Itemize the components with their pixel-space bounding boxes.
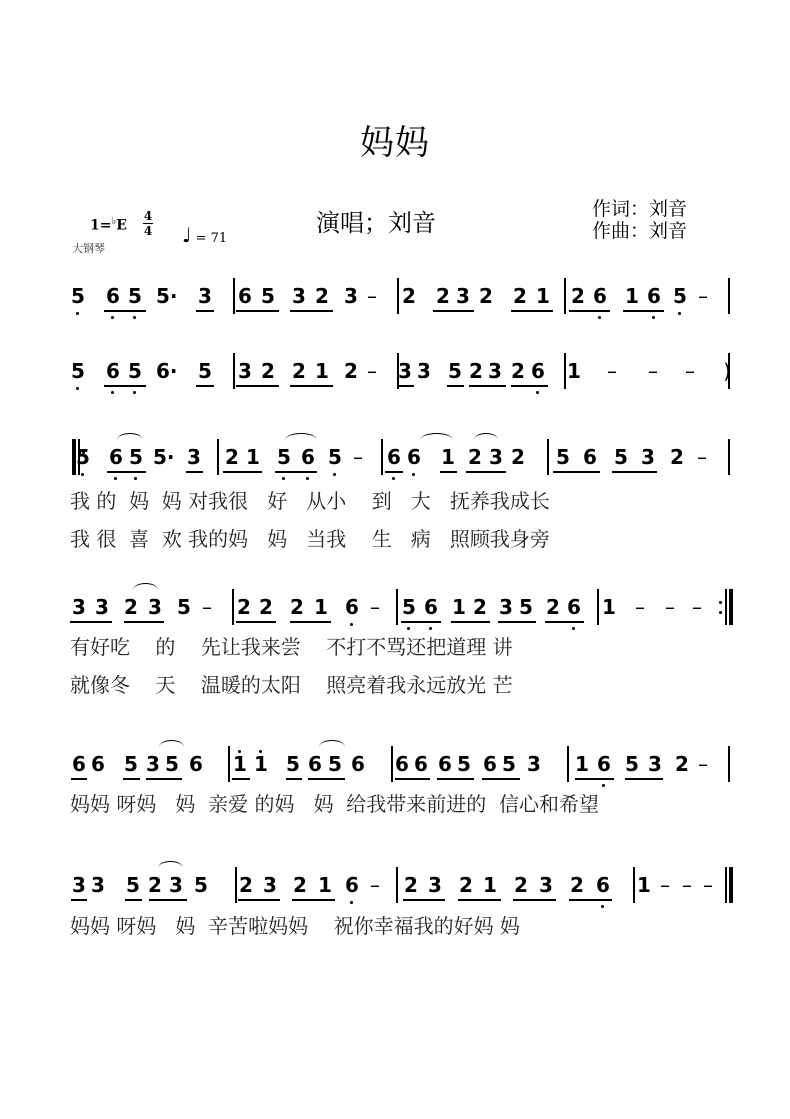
note: 5 — [456, 752, 472, 776]
beam-underline — [498, 621, 536, 623]
note: 5 — [672, 284, 688, 308]
note: 5· — [156, 284, 172, 308]
low-octave-dot — [81, 473, 84, 476]
beam-underline — [469, 385, 506, 387]
beam-underline — [186, 471, 203, 473]
note: 2 — [674, 752, 690, 776]
barline — [396, 589, 398, 625]
low-octave-dot — [76, 387, 79, 390]
beam-underline — [623, 310, 664, 312]
key-note: E — [116, 218, 127, 234]
key-signature: 1=♭E — [90, 216, 127, 234]
low-octave-dot — [76, 312, 79, 315]
slur-tie — [133, 583, 158, 590]
beam-underline — [569, 310, 610, 312]
note: 5 — [555, 445, 571, 469]
repeat-end-thin-bar — [725, 589, 727, 625]
beam-underline — [395, 778, 430, 780]
beam-underline — [107, 471, 146, 473]
beam-underline — [104, 310, 146, 312]
note: 5 — [70, 359, 86, 383]
note: 6 — [437, 752, 453, 776]
note: 1 — [451, 595, 467, 619]
beam-underline — [124, 621, 164, 623]
slur-tie — [319, 740, 345, 747]
note: 6 — [530, 359, 546, 383]
lyric-line: 我 很 喜 欢 我的妈 妈 当我 生 病 照顾我身旁 — [70, 523, 550, 552]
note: 2 — [289, 595, 305, 619]
beam-underline — [146, 778, 182, 780]
dash-symbol: – — [367, 873, 383, 897]
note: 2 — [292, 873, 308, 897]
barline — [567, 746, 569, 782]
note: 6· — [156, 359, 172, 383]
dash-symbol: – — [657, 873, 673, 897]
low-octave-dot — [598, 316, 601, 319]
slur-tie — [158, 861, 183, 868]
note: 3 — [498, 595, 514, 619]
beam-underline — [290, 310, 333, 312]
final-thick-bar — [729, 867, 733, 903]
note: 5 — [127, 359, 143, 383]
note: 2 — [147, 873, 163, 897]
note: 3 — [343, 284, 359, 308]
beam-underline — [458, 899, 501, 901]
dash-symbol: – — [689, 595, 705, 619]
beam-underline — [612, 471, 657, 473]
note: 3 — [538, 873, 554, 897]
dash-symbol: – — [367, 595, 383, 619]
dash-symbol: – — [350, 445, 366, 469]
note: 2 — [458, 873, 474, 897]
note: 6 — [595, 873, 611, 897]
beam-underline — [437, 778, 474, 780]
note: 1 — [535, 284, 551, 308]
repeat-end-thick-bar — [729, 589, 733, 625]
note: 5 — [285, 752, 301, 776]
note: 2 — [468, 359, 484, 383]
beam-underline — [71, 899, 87, 901]
lyric-line: 有好吃 的 先让我来尝 不打不骂还把道理 讲 — [70, 631, 513, 660]
low-octave-dot — [282, 477, 285, 480]
note: 3 — [94, 595, 110, 619]
note: 2 — [513, 873, 529, 897]
note: 5· — [153, 445, 169, 469]
beam-underline — [433, 310, 474, 312]
barline — [547, 439, 549, 475]
note: 6 — [105, 359, 121, 383]
note: 3 — [397, 359, 413, 383]
lyric-line: 妈妈 呀妈 妈 亲爱 的妈 妈 给我带来前进的 信心和希望 — [70, 788, 599, 817]
low-octave-dot — [572, 627, 575, 630]
dash-symbol: – — [695, 284, 711, 308]
note: 1 — [232, 752, 248, 776]
note: 2 — [570, 284, 586, 308]
beam-underline — [123, 778, 140, 780]
high-octave-dot — [238, 750, 241, 753]
note: 3 — [427, 873, 443, 897]
note: 3 — [291, 284, 307, 308]
beam-underline — [569, 899, 612, 901]
note: 2 — [510, 359, 526, 383]
dash-symbol: – — [662, 595, 678, 619]
note: 1 — [440, 445, 456, 469]
note: 6 — [566, 595, 582, 619]
note: 1 — [313, 595, 329, 619]
barline — [396, 867, 398, 903]
note: 2 — [291, 359, 307, 383]
note: 6 — [646, 284, 662, 308]
note: 2 — [512, 284, 528, 308]
note: 6 — [237, 284, 253, 308]
note: 5 — [401, 595, 417, 619]
barline — [597, 589, 599, 625]
beam-underline — [236, 621, 276, 623]
note: 3 — [147, 595, 163, 619]
barline — [564, 278, 566, 314]
note: 6 — [596, 752, 612, 776]
note: 6 — [582, 445, 598, 469]
note: 5 — [127, 284, 143, 308]
beam-underline — [232, 778, 250, 780]
note: 6 — [188, 752, 204, 776]
note: 3 — [237, 359, 253, 383]
beam-underline — [447, 385, 464, 387]
note: 6 — [307, 752, 323, 776]
low-octave-dot — [601, 905, 604, 908]
final-thin-bar — [725, 867, 727, 903]
note: 6 — [394, 752, 410, 776]
note: 2 — [401, 284, 417, 308]
composer-credit: 作曲：刘音 — [592, 220, 687, 242]
note: 6 — [71, 752, 87, 776]
note: 6 — [105, 284, 121, 308]
note: 2 — [472, 595, 488, 619]
quarter-note-icon: ♩ — [182, 223, 191, 247]
dash-symbol: – — [364, 284, 380, 308]
note: 5 — [327, 752, 343, 776]
note: 3 — [455, 284, 471, 308]
note: 5 — [624, 752, 640, 776]
dash-symbol: – — [364, 359, 380, 383]
dash-symbol: – — [199, 595, 215, 619]
beam-underline — [238, 899, 280, 901]
note: 5 — [176, 595, 192, 619]
beam-underline — [196, 385, 214, 387]
time-top: 4 — [144, 209, 152, 223]
note: 6 — [344, 595, 360, 619]
beam-underline — [511, 385, 548, 387]
lyric-line: 妈妈 呀妈 妈 辛苦啦妈妈 祝你幸福我的好妈 妈 — [70, 910, 520, 939]
low-octave-dot — [306, 477, 309, 480]
dash-symbol: – — [632, 595, 648, 619]
note: 5 — [613, 445, 629, 469]
low-octave-dot — [678, 312, 681, 315]
beam-underline — [511, 310, 553, 312]
note: 1 — [624, 284, 640, 308]
note: 1 — [566, 359, 582, 383]
dash-symbol: – — [604, 359, 620, 383]
note: 5 — [260, 284, 276, 308]
barline — [381, 439, 383, 475]
note: 2 — [238, 873, 254, 897]
note: 5 — [164, 752, 180, 776]
barline — [728, 278, 730, 314]
low-octave-dot — [429, 627, 432, 630]
repeat-dot — [719, 611, 722, 614]
note: 5 — [276, 445, 292, 469]
note: 5 — [128, 445, 144, 469]
beam-underline — [70, 621, 112, 623]
beam-underline — [196, 310, 214, 312]
tempo-value: = 71 — [196, 231, 228, 246]
staff-line-2: 5656·532212–33523261–––) — [0, 359, 790, 409]
dash-symbol: – — [694, 445, 710, 469]
lyric-line: 我 的 妈 妈 对我很 好 从小 到 大 抚养我成长 — [70, 485, 550, 514]
dash-symbol: – — [679, 873, 695, 897]
low-octave-dot — [111, 316, 114, 319]
beam-underline — [290, 621, 331, 623]
low-octave-dot — [652, 316, 655, 319]
note: 1 — [482, 873, 498, 897]
barline — [397, 353, 399, 389]
staff-line-1: 5655·365323–22322126165– — [0, 284, 790, 334]
note: 2 — [403, 873, 419, 897]
note: 1 — [317, 873, 333, 897]
low-octave-dot — [602, 784, 605, 787]
note: 1 — [253, 752, 269, 776]
beam-underline — [236, 385, 279, 387]
beam-underline — [397, 385, 414, 387]
barline — [228, 746, 230, 782]
barline — [233, 353, 235, 389]
note: 2 — [545, 595, 561, 619]
note: 3 — [526, 752, 542, 776]
note: 6 — [592, 284, 608, 308]
repeat-dot — [82, 451, 85, 454]
beam-underline — [71, 778, 87, 780]
note: 5 — [193, 873, 209, 897]
low-octave-dot — [114, 477, 117, 480]
note: 3 — [487, 359, 503, 383]
note: 5 — [518, 595, 534, 619]
beam-underline — [290, 385, 333, 387]
dash-symbol: – — [682, 359, 698, 383]
tempo-marking: ♩ = 71 — [182, 223, 227, 247]
note: 6 — [482, 752, 498, 776]
barline — [397, 278, 399, 314]
barline — [391, 746, 393, 782]
beam-underline — [149, 899, 187, 901]
note: 3 — [145, 752, 161, 776]
note: 3 — [90, 873, 106, 897]
note: 3 — [640, 445, 656, 469]
note: 2 — [224, 445, 240, 469]
note: 6 — [386, 445, 402, 469]
beam-underline — [308, 778, 345, 780]
note: 1 — [601, 595, 617, 619]
barline — [564, 353, 566, 389]
beam-underline — [513, 899, 556, 901]
low-octave-dot — [134, 477, 137, 480]
note: 5 — [125, 873, 141, 897]
low-octave-dot — [133, 391, 136, 394]
beam-underline — [236, 310, 279, 312]
note: 5 — [197, 359, 213, 383]
dash-symbol: ) — [719, 359, 735, 383]
note: 5 — [327, 445, 343, 469]
singer-credit: 演唱；刘音 — [316, 203, 436, 238]
note: 5 — [70, 284, 86, 308]
note: 2 — [258, 595, 274, 619]
barline — [235, 867, 237, 903]
note: 2 — [435, 284, 451, 308]
slur-tie — [420, 433, 453, 440]
beam-underline — [440, 471, 457, 473]
note: 5 — [501, 752, 517, 776]
slur-tie — [159, 740, 184, 747]
note: 6 — [90, 752, 106, 776]
note: 1 — [245, 445, 261, 469]
lyricist-credit: 作词：刘音 — [592, 198, 687, 220]
barline — [633, 867, 635, 903]
lyric-line: 就像冬 天 温暖的太阳 照亮着我永远放光 芒 — [70, 669, 513, 698]
note: 3 — [186, 445, 202, 469]
key-label: 1= — [90, 218, 111, 234]
note: 2 — [260, 359, 276, 383]
beam-underline — [275, 471, 317, 473]
beam-underline — [482, 778, 520, 780]
repeat-dot — [82, 461, 85, 464]
beam-underline — [553, 471, 600, 473]
note: 6 — [344, 873, 360, 897]
beam-underline — [466, 471, 506, 473]
note: 3 — [262, 873, 278, 897]
note: 3 — [71, 595, 87, 619]
low-octave-dot — [111, 391, 114, 394]
note: 6 — [300, 445, 316, 469]
note: 3 — [71, 873, 87, 897]
barline — [217, 439, 219, 475]
credits: 作词：刘音 作曲：刘音 — [592, 198, 687, 242]
note: 5 — [123, 752, 139, 776]
barline — [232, 589, 234, 625]
note: 3 — [488, 445, 504, 469]
note: 6 — [108, 445, 124, 469]
barline — [728, 439, 730, 475]
barline — [233, 278, 235, 314]
note: 2 — [314, 284, 330, 308]
low-octave-dot — [392, 477, 395, 480]
song-title: 妈妈 — [0, 115, 790, 164]
low-octave-dot — [333, 473, 336, 476]
note: 3 — [168, 873, 184, 897]
note: 1 — [636, 873, 652, 897]
note: 2 — [236, 595, 252, 619]
slur-tie — [117, 433, 143, 440]
beam-underline — [286, 778, 302, 780]
barline — [728, 746, 730, 782]
note: 2 — [478, 284, 494, 308]
note: 6 — [423, 595, 439, 619]
beam-underline — [451, 621, 490, 623]
slur-tie — [285, 433, 317, 440]
note: 3 — [647, 752, 663, 776]
repeat-dot — [719, 601, 722, 604]
beam-underline — [545, 621, 584, 623]
beam-underline — [125, 899, 142, 901]
note: 3 — [416, 359, 432, 383]
note: 3 — [197, 284, 213, 308]
beam-underline — [403, 899, 445, 901]
beam-underline — [625, 778, 663, 780]
note: 2 — [569, 873, 585, 897]
high-octave-dot — [259, 750, 262, 753]
note: 2 — [343, 359, 359, 383]
low-octave-dot — [350, 623, 353, 626]
dash-symbol: – — [700, 873, 716, 897]
beam-underline — [385, 471, 403, 473]
note: 2 — [123, 595, 139, 619]
note: 1 — [314, 359, 330, 383]
low-octave-dot — [350, 901, 353, 904]
low-octave-dot — [407, 627, 410, 630]
note: 6 — [406, 445, 422, 469]
beam-underline — [223, 471, 262, 473]
beam-underline — [401, 621, 441, 623]
note: 1 — [574, 752, 590, 776]
note: 2 — [669, 445, 685, 469]
slur-tie — [474, 433, 498, 440]
note: 6 — [350, 752, 366, 776]
beam-underline — [292, 899, 335, 901]
note: 6 — [413, 752, 429, 776]
note: 5 — [447, 359, 463, 383]
low-octave-dot — [412, 473, 415, 476]
repeat-start-thick-bar — [72, 439, 76, 475]
low-octave-dot — [536, 391, 539, 394]
beam-underline — [104, 385, 146, 387]
note: 2 — [467, 445, 483, 469]
note: 2 — [510, 445, 526, 469]
beam-underline — [575, 778, 614, 780]
repeat-start-thin-bar — [78, 439, 80, 475]
dash-symbol: – — [695, 752, 711, 776]
time-bottom: 4 — [144, 224, 152, 238]
low-octave-dot — [133, 316, 136, 319]
instrument-label: 大钢琴 — [72, 240, 105, 256]
barline — [728, 353, 730, 389]
time-signature: 4 4 — [143, 209, 153, 238]
dash-symbol: – — [645, 359, 661, 383]
